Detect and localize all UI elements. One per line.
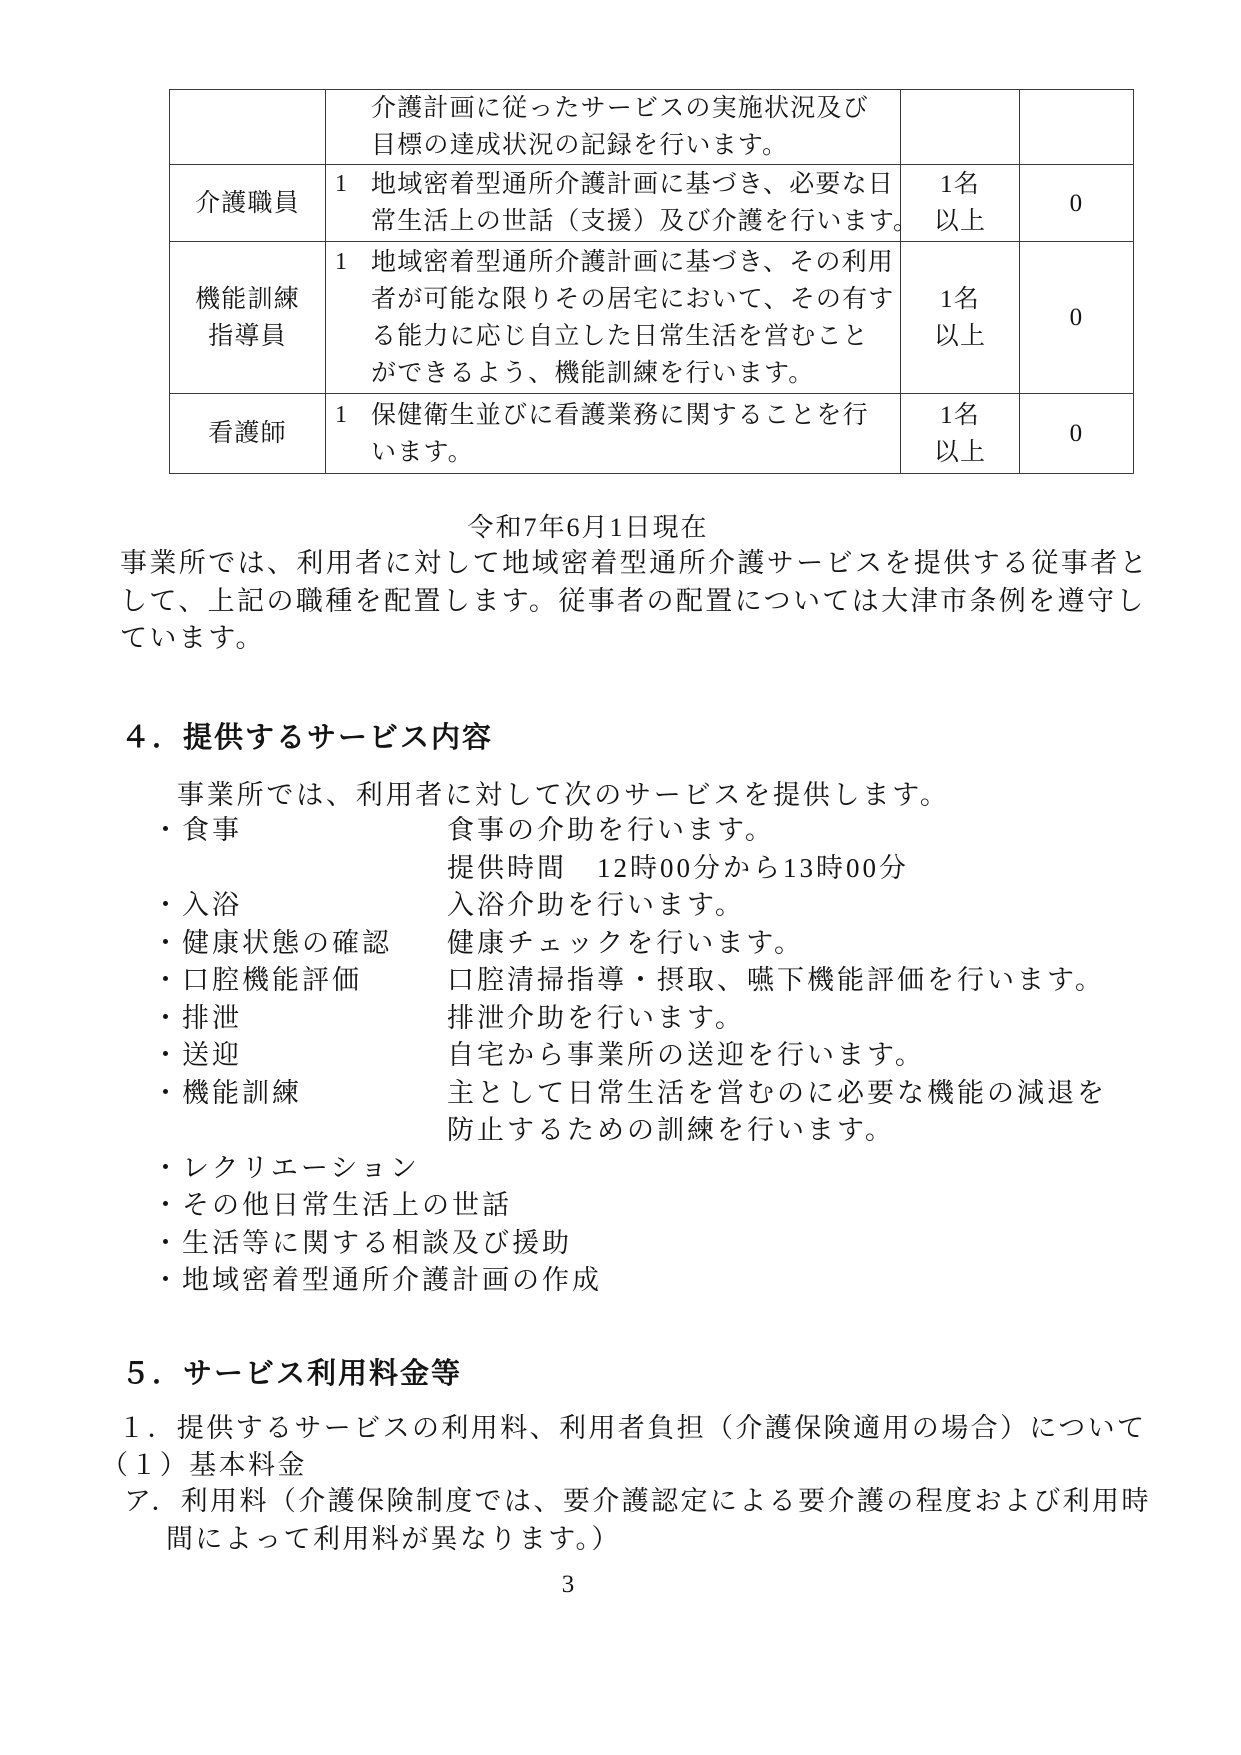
service-description: 自宅から事業所の送迎を行います。 — [447, 1037, 1152, 1075]
table-row-care-staff: 介護職員 1 地域密着型通所介護計画に基づき、必要な日 常生活上の世話（支援）及… — [170, 165, 1134, 242]
service-description: 主として日常生活を営むのに必要な機能の減退を 防止するための訓練を行います。 — [447, 1075, 1152, 1150]
fee-line-usage: １．提供するサービスの利用料、利用者負担（介護保険適用の場合）について — [118, 1410, 1146, 1448]
service-description: 健康チェックを行います。 — [447, 925, 1152, 963]
other-service-item: ・その他日常生活上の世話 — [152, 1187, 1152, 1225]
section5-heading: ５．サービス利用料金等 — [121, 1351, 462, 1392]
service-label: ・入浴 — [152, 887, 447, 925]
count-cell: 0 — [1020, 165, 1134, 242]
count-cell: 0 — [1020, 242, 1134, 394]
date-note: 令和7年6月1日現在 — [0, 507, 1176, 544]
service-label: ・口腔機能評価 — [152, 962, 447, 1000]
duty-description: 地域密着型通所介護計画に基づき、その利用 者が可能な限りその居宅において、その有… — [371, 244, 895, 392]
duty-number: 1 — [335, 166, 371, 203]
service-list: ・食事 食事の介助を行います。 提供時間 12時00分から13時00分 ・入浴 … — [152, 812, 1152, 1300]
service-item: ・送迎 自宅から事業所の送迎を行います。 — [152, 1037, 1152, 1075]
service-label: ・排泄 — [152, 1000, 447, 1038]
service-item: ・入浴 入浴介助を行います。 — [152, 887, 1152, 925]
duty-description: 介護計画に従ったサービスの実施状況及び 目標の達成状況の記録を行います。 — [371, 90, 894, 164]
role-cell: 機能訓練 指導員 — [170, 242, 326, 394]
duty-description: 保健衛生並びに看護業務に関することを行 います。 — [371, 397, 894, 471]
page-number: 3 — [0, 1571, 1136, 1599]
service-label: ・健康状態の確認 — [152, 925, 447, 963]
duty-number: 1 — [335, 397, 371, 434]
count-cell — [1020, 90, 1134, 165]
service-description: 食事の介助を行います。 提供時間 12時00分から13時00分 — [447, 812, 1152, 887]
role-cell — [170, 90, 326, 165]
role-cell: 介護職員 — [170, 165, 326, 242]
table-row-continuation: 介護計画に従ったサービスの実施状況及び 目標の達成状況の記録を行います。 — [170, 90, 1134, 165]
count-cell: 0 — [1020, 394, 1134, 474]
duty-cell: 1 保健衛生並びに看護業務に関することを行 います。 — [326, 394, 901, 474]
section4-intro: 事業所では、利用者に対して次のサービスを提供します。 — [177, 773, 950, 812]
table-row-nurse: 看護師 1 保健衛生並びに看護業務に関することを行 います。 1名 以上 0 — [170, 394, 1134, 474]
duty-cell: 1 地域密着型通所介護計画に基づき、必要な日 常生活上の世話（支援）及び介護を行… — [326, 165, 901, 242]
service-item: ・排泄 排泄介助を行います。 — [152, 1000, 1152, 1038]
other-service-item: ・レクリエーション — [152, 1150, 1152, 1188]
service-label: ・送迎 — [152, 1037, 447, 1075]
service-label: ・機能訓練 — [152, 1075, 447, 1113]
document-page: 介護計画に従ったサービスの実施状況及び 目標の達成状況の記録を行います。 介護職… — [0, 0, 1241, 1755]
service-label: ・食事 — [152, 812, 447, 850]
service-item: ・食事 食事の介助を行います。 提供時間 12時00分から13時00分 — [152, 812, 1152, 887]
staffing-paragraph: 事業所では、利用者に対して地域密着型通所介護サービスを提供する従事者と して、上… — [120, 545, 1149, 658]
duty-cell: 1 地域密着型通所介護計画に基づき、その利用 者が可能な限りその居宅において、そ… — [326, 242, 901, 394]
service-description: 排泄介助を行います。 — [447, 1000, 1152, 1038]
role-cell: 看護師 — [170, 394, 326, 474]
service-item: ・口腔機能評価 口腔清掃指導・摂取、嚥下機能評価を行います。 — [152, 962, 1152, 1000]
duty-description: 地域密着型通所介護計画に基づき、必要な日 常生活上の世話（支援）及び介護を行いま… — [371, 166, 919, 240]
min-staff-cell — [901, 90, 1020, 165]
section4-heading: ４．提供するサービス内容 — [121, 715, 493, 756]
service-item: ・健康状態の確認 健康チェックを行います。 — [152, 925, 1152, 963]
other-service-item: ・地域密着型通所介護計画の作成 — [152, 1262, 1152, 1300]
service-description: 入浴介助を行います。 — [447, 887, 1152, 925]
duty-cell: 介護計画に従ったサービスの実施状況及び 目標の達成状況の記録を行います。 — [326, 90, 901, 165]
fee-line-detail: ア．利用料（介護保険制度では、要介護認定による要介護の程度および利用時 間によっ… — [166, 1483, 1151, 1558]
staff-table: 介護計画に従ったサービスの実施状況及び 目標の達成状況の記録を行います。 介護職… — [169, 89, 1134, 474]
fee-line-basic: （１）基本料金 — [101, 1447, 307, 1485]
duty-number: 1 — [335, 244, 371, 281]
min-staff-cell: 1名 以上 — [901, 394, 1020, 474]
service-item: ・機能訓練 主として日常生活を営むのに必要な機能の減退を 防止するための訓練を行… — [152, 1075, 1152, 1150]
other-service-item: ・生活等に関する相談及び援助 — [152, 1225, 1152, 1263]
service-description: 口腔清掃指導・摂取、嚥下機能評価を行います。 — [447, 962, 1152, 1000]
min-staff-cell: 1名 以上 — [901, 242, 1020, 394]
table-row-functional-trainer: 機能訓練 指導員 1 地域密着型通所介護計画に基づき、その利用 者が可能な限りそ… — [170, 242, 1134, 394]
